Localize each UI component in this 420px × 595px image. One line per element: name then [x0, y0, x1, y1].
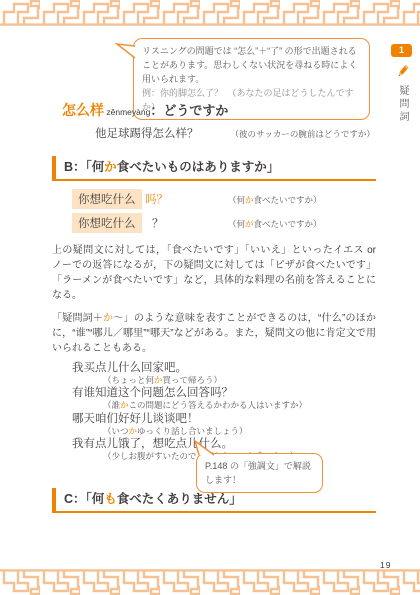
word-entry-heading: 怎么样 zěnmeyàng：どうですか	[62, 100, 376, 120]
example-japanese: （いつかゆっくり話し合いましょう）	[103, 426, 376, 437]
example-japanese: （彼のサッカーの腕前はどうですか）	[231, 128, 375, 140]
example-item: 哪天咱们好好儿谈谈吧！ （いつかゆっくり話し合いましょう）	[72, 412, 376, 437]
paragraph-accent: か	[103, 313, 113, 324]
pencil-icon	[396, 64, 409, 79]
translation-text: （誰	[103, 400, 120, 410]
example-chinese: 哪天咱们好好儿谈谈吧！	[72, 412, 376, 426]
translation-text: 買って帰ろう）	[163, 375, 223, 385]
paragraph-text: 「疑問詞＋	[52, 313, 103, 324]
reference-line-2: します！	[205, 473, 314, 487]
row-translation: （何か食べたいですか）	[228, 194, 322, 206]
translation-text: （何	[228, 195, 245, 205]
page-number: 19	[380, 560, 391, 570]
reference-bubble: P.148 の「強調文」で解説 します！	[196, 453, 323, 493]
lattice-border-top	[0, 0, 420, 26]
lattice-border-bottom	[0, 569, 420, 595]
example-item: 我买点儿什么回家吧。 （ちょっと何か買って帰ろう）	[72, 361, 376, 386]
heading-text: 食べたいものはありますか」	[117, 160, 280, 174]
reference-line-1: P.148 の「強調文」で解説	[205, 459, 314, 473]
example-chinese: 我买点儿什么回家吧。	[72, 361, 376, 375]
note-line-1: リスニングの問題では “怎么”＋“了” の形で出題されることがあります。思わしく…	[142, 44, 361, 86]
explanation-paragraph-1: 上の疑問文に対しては，「食べたいです」「いいえ」といったイエス or ノーでの返…	[52, 243, 376, 303]
translation-text: （ちょっと何	[103, 375, 154, 385]
textbook-page: 1 疑問詞 リスニングの問題では “怎么”＋“了” の形で出題されることがありま…	[0, 0, 420, 595]
example-chinese: 他足球踢得怎么样？	[95, 125, 199, 141]
highlighted-chinese: 你想吃什么	[72, 189, 142, 209]
translation-accent: が	[245, 219, 254, 229]
translation-accent: か	[120, 400, 129, 410]
translation-text: この問題にどう答えるかわかる人はいますか）	[129, 400, 308, 410]
explanation-paragraph-2: 「疑問詞＋か～」のような意味を表すことができるのは，“什么”のほかに，“谁”“哪…	[52, 311, 376, 356]
example-chinese: 我有点儿饿了，想吃点儿什么。	[72, 437, 376, 451]
word-pinyin: zěnmeyàng	[104, 107, 150, 117]
translation-text: （いつ	[103, 426, 129, 436]
translation-text: 食べたいですか）	[254, 195, 322, 205]
pattern-row: 你想吃什么 吗？ （何か食べたいですか）	[72, 189, 376, 209]
translation-accent: か	[129, 426, 138, 436]
chapter-tab: 1 疑問詞	[391, 44, 413, 124]
heading-accent: か	[104, 160, 117, 174]
sentence-particle: 吗？	[142, 191, 180, 207]
word-chinese: 怎么样	[62, 104, 104, 119]
section-b-heading: B：「何か食べたいものはありますか」	[52, 156, 376, 181]
word-example: 他足球踢得怎么样？ （彼のサッカーの腕前はどうですか）	[95, 125, 376, 141]
pattern-row: 你想吃什么 ？ （何が食べたいですか）	[72, 213, 376, 233]
translation-accent: か	[154, 375, 163, 385]
translation-text: （何	[228, 219, 245, 229]
example-chinese: 有谁知道这个问题怎么回答吗？	[72, 386, 376, 400]
row-translation: （何が食べたいですか）	[228, 218, 322, 230]
chapter-label: 疑問詞	[391, 85, 413, 124]
sentence-particle: ？	[142, 215, 180, 231]
translation-text: ゆっくり話し合いましょう）	[137, 426, 247, 436]
example-item: 有谁知道这个问题怎么回答吗？ （誰かこの問題にどう答えるかわかる人はいますか）	[72, 386, 376, 411]
highlighted-chinese: 你想吃什么	[72, 213, 142, 233]
word-meaning: ：どうですか	[150, 103, 228, 118]
heading-text: B：「何	[64, 160, 104, 174]
example-japanese: （誰かこの問題にどう答えるかわかる人はいますか）	[103, 400, 376, 411]
translation-text: 食べたいですか）	[254, 219, 322, 229]
example-japanese: （ちょっと何か買って帰ろう）	[103, 375, 376, 386]
bubble-tail	[195, 440, 217, 456]
heading-text: C：「何	[64, 492, 104, 506]
question-pattern-box: 你想吃什么 吗？ （何か食べたいですか） 你想吃什么 ？ （何が食べたいですか）	[72, 189, 376, 233]
heading-text: 食べたくありません」	[117, 492, 242, 506]
bubble-tail	[116, 42, 136, 62]
chapter-number-badge: 1	[391, 44, 412, 57]
translation-accent: か	[245, 195, 254, 205]
heading-accent: も	[104, 492, 117, 506]
